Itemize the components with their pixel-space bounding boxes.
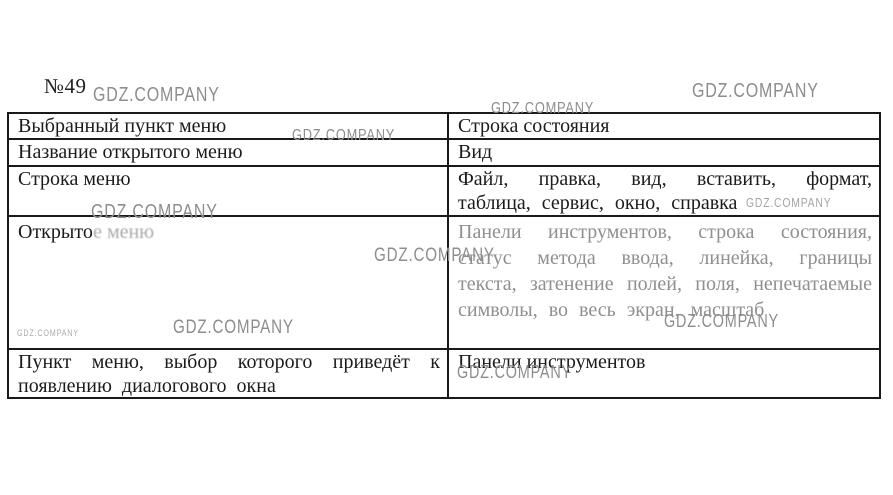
watermark: GDZ.COMPANY <box>17 328 79 338</box>
table-cell-term: Строка меню <box>9 167 447 215</box>
watermark: GDZ.COMPANY <box>374 245 495 267</box>
watermark: GDZ.COMPANY <box>664 311 779 332</box>
table-cell-term: Пункт меню, выбор которого приведёт к по… <box>9 350 447 397</box>
watermark: GDZ.COMPANY <box>173 317 294 339</box>
watermark: GDZ.COMPANY <box>91 201 218 224</box>
watermark: GDZ.COMPANY <box>746 195 831 210</box>
exercise-number: №49 <box>44 74 87 99</box>
table-row: Выбранный пункт меню Строка состояния <box>9 114 879 138</box>
table-cell-answer: Вид <box>447 140 879 165</box>
watermark: GDZ.COMPANY <box>93 84 220 107</box>
term-text: Открыто <box>18 221 93 243</box>
watermark: GDZ.COMPANY <box>292 127 395 145</box>
scanned-answer-page: { "page": { "exercise_number": "№49" }, … <box>0 0 893 495</box>
table-cell-answer: Панели инструментов, строка состояния, с… <box>447 217 879 348</box>
table-row: Пункт меню, выбор которого приведёт к по… <box>9 348 879 397</box>
term-text-faded: е меню <box>93 221 154 243</box>
table-row: Название открытого меню Вид <box>9 138 879 165</box>
watermark: GDZ.COMPANY <box>692 80 819 103</box>
watermark: GDZ.COMPANY <box>457 362 572 383</box>
watermark: GDZ.COMPANY <box>491 100 594 118</box>
